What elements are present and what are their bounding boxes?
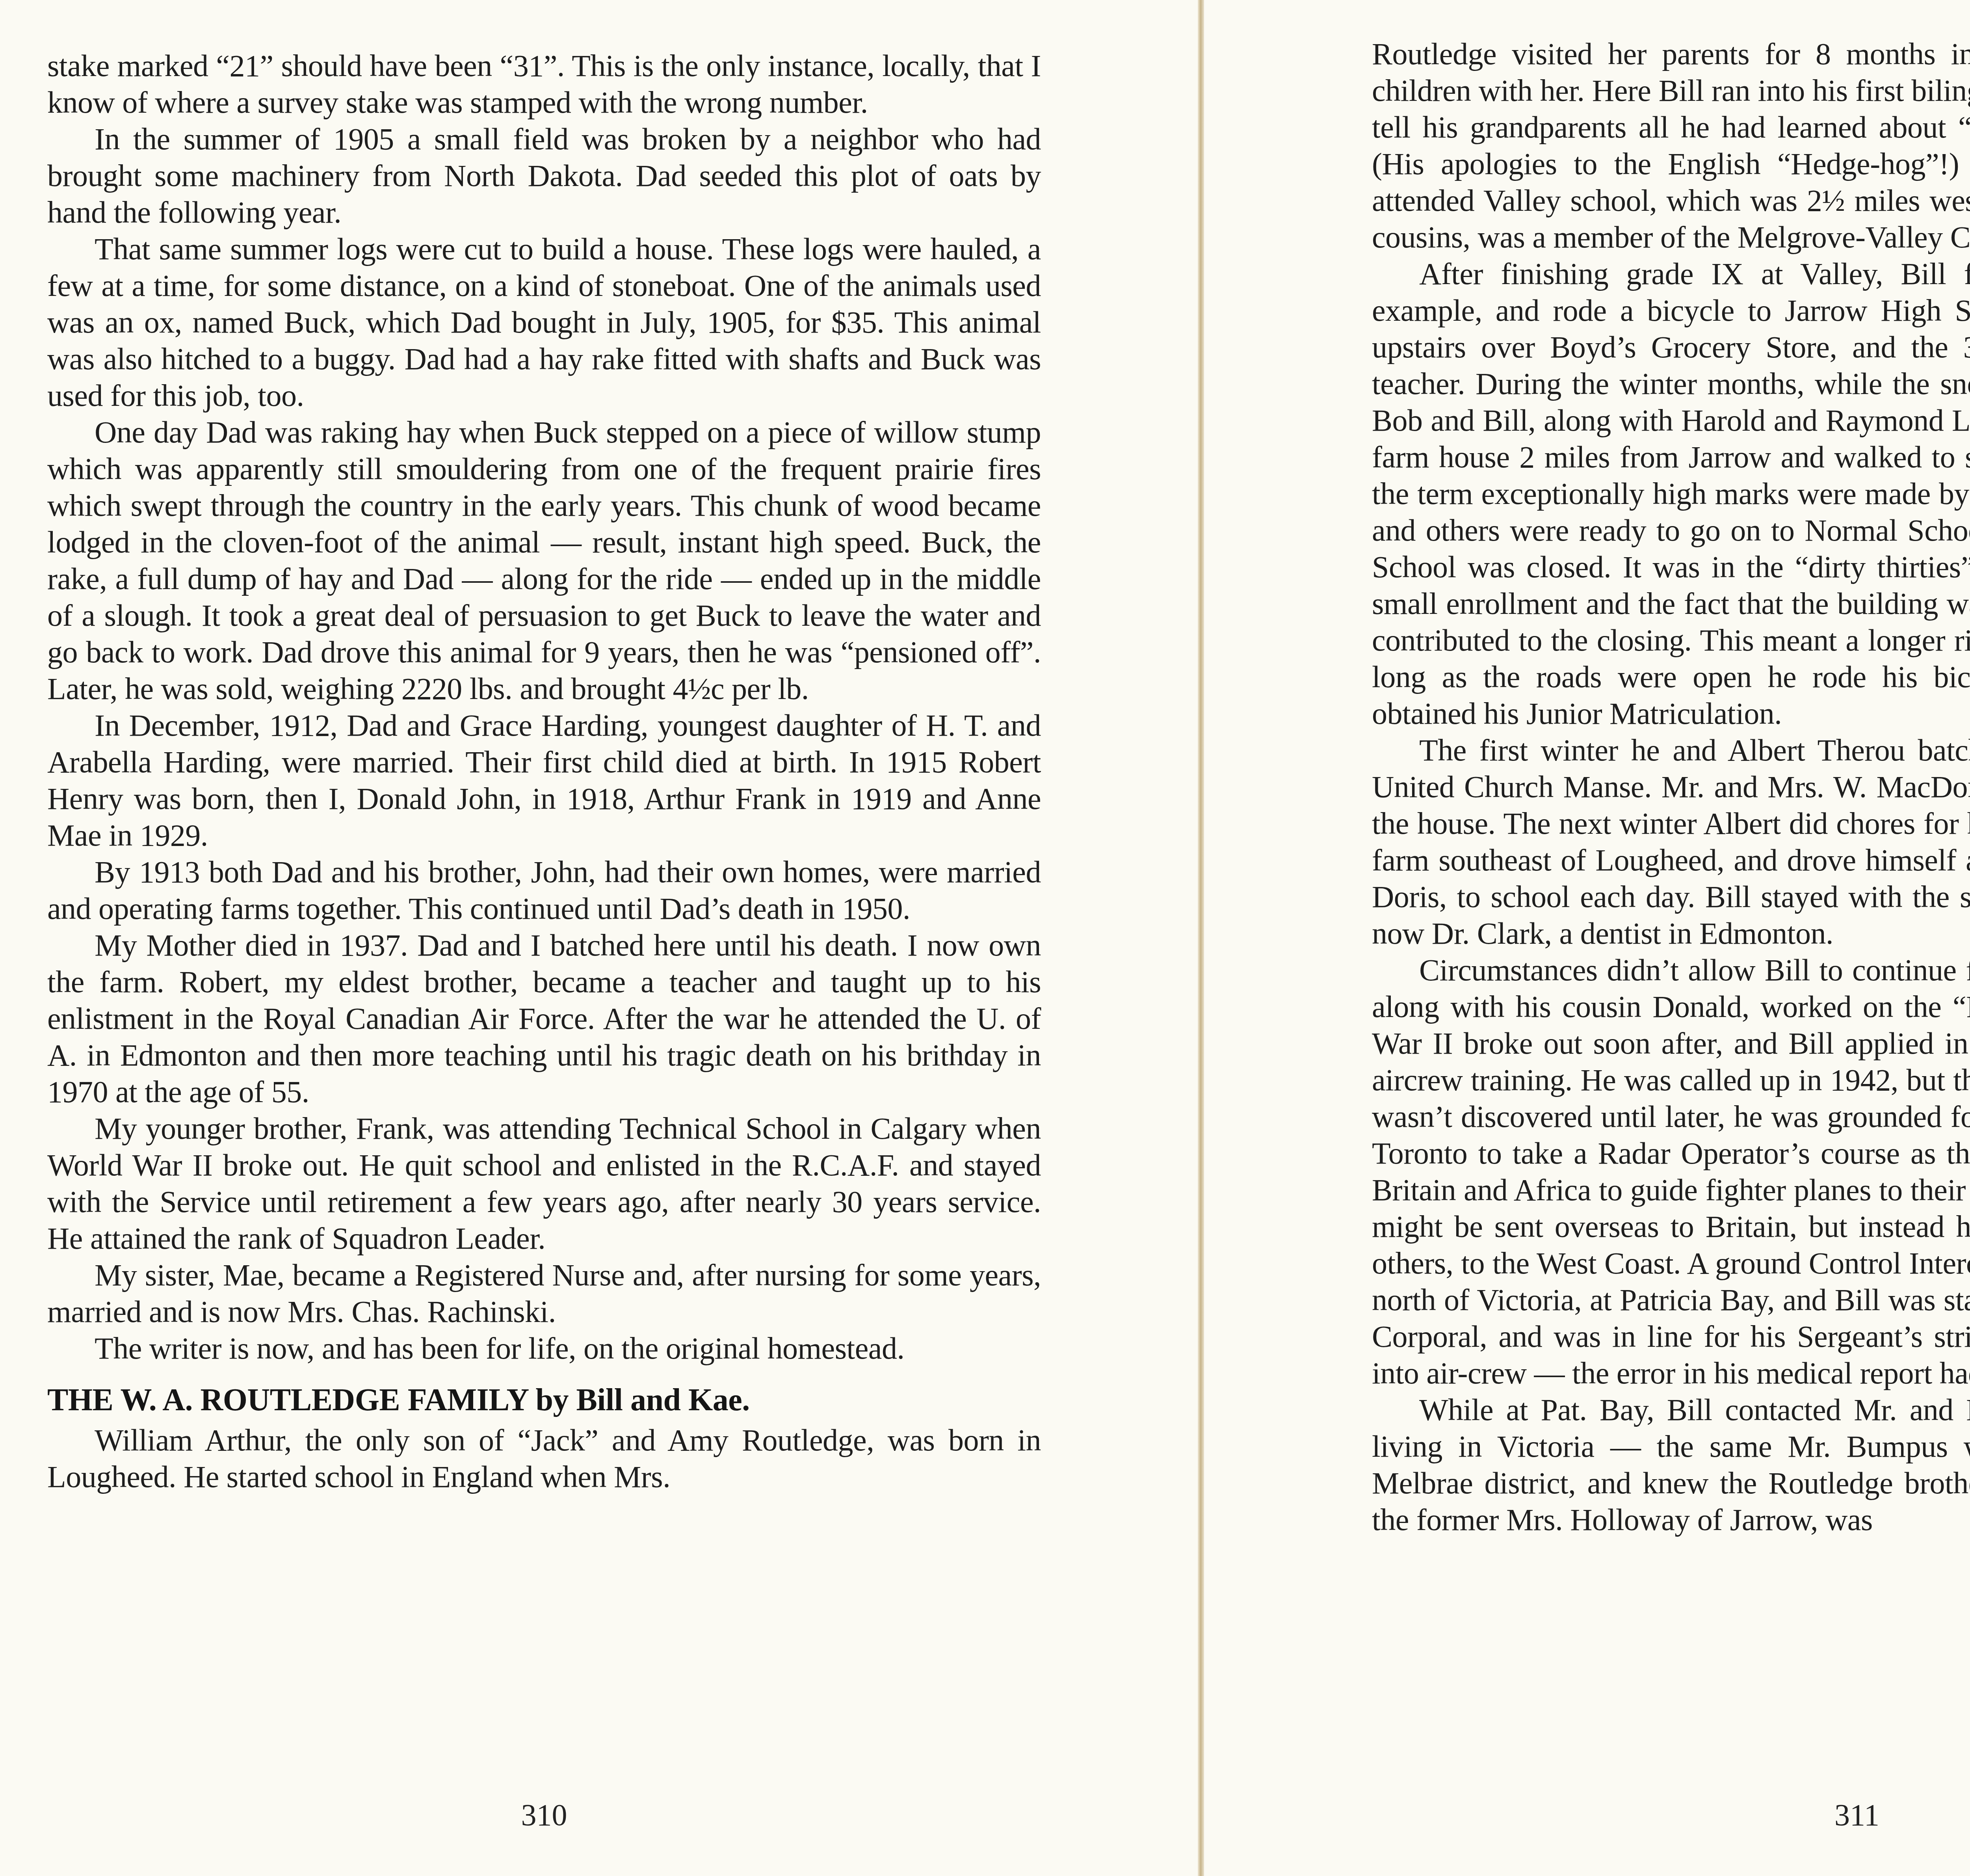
paragraph: The writer is now, and has been for life…	[47, 1330, 1041, 1367]
page-310: stake marked “21” should have been “31”.…	[0, 0, 1199, 1876]
paragraph: After finishing grade IX at Valley, Bill…	[1372, 255, 1970, 732]
page-number: 311	[1199, 1797, 1970, 1833]
page-body: stake marked “21” should have been “31”.…	[47, 47, 1041, 1495]
paragraph: William Arthur, the only son of “Jack” a…	[47, 1422, 1041, 1495]
section-heading: THE W. A. ROUTLEDGE FAMILY by Bill and K…	[47, 1378, 1041, 1422]
paragraph: My sister, Mae, became a Registered Nurs…	[47, 1257, 1041, 1330]
paragraph: In December, 1912, Dad and Grace Harding…	[47, 707, 1041, 853]
paragraph: By 1913 both Dad and his brother, John, …	[47, 853, 1041, 927]
paragraph: Routledge visited her parents for 8 mont…	[1372, 35, 1970, 255]
page-body: Routledge visited her parents for 8 mont…	[1372, 35, 1970, 1538]
paragraph: In the summer of 1905 a small field was …	[47, 121, 1041, 231]
paragraph: Circumstances didn’t allow Bill to conti…	[1372, 952, 1970, 1391]
paragraph: One day Dad was raking hay when Buck ste…	[47, 414, 1041, 707]
paragraph: My younger brother, Frank, was attending…	[47, 1110, 1041, 1257]
paragraph: My Mother died in 1937. Dad and I batche…	[47, 927, 1041, 1110]
paragraph: The first winter he and Albert Therou ba…	[1372, 732, 1970, 952]
book-spread: stake marked “21” should have been “31”.…	[0, 0, 1970, 1876]
paragraph: While at Pat. Bay, Bill contacted Mr. an…	[1372, 1391, 1970, 1538]
page-311: Routledge visited her parents for 8 mont…	[1199, 0, 1970, 1876]
page-number: 310	[0, 1797, 1199, 1833]
paragraph: stake marked “21” should have been “31”.…	[47, 47, 1041, 121]
paragraph: That same summer logs were cut to build …	[47, 231, 1041, 414]
